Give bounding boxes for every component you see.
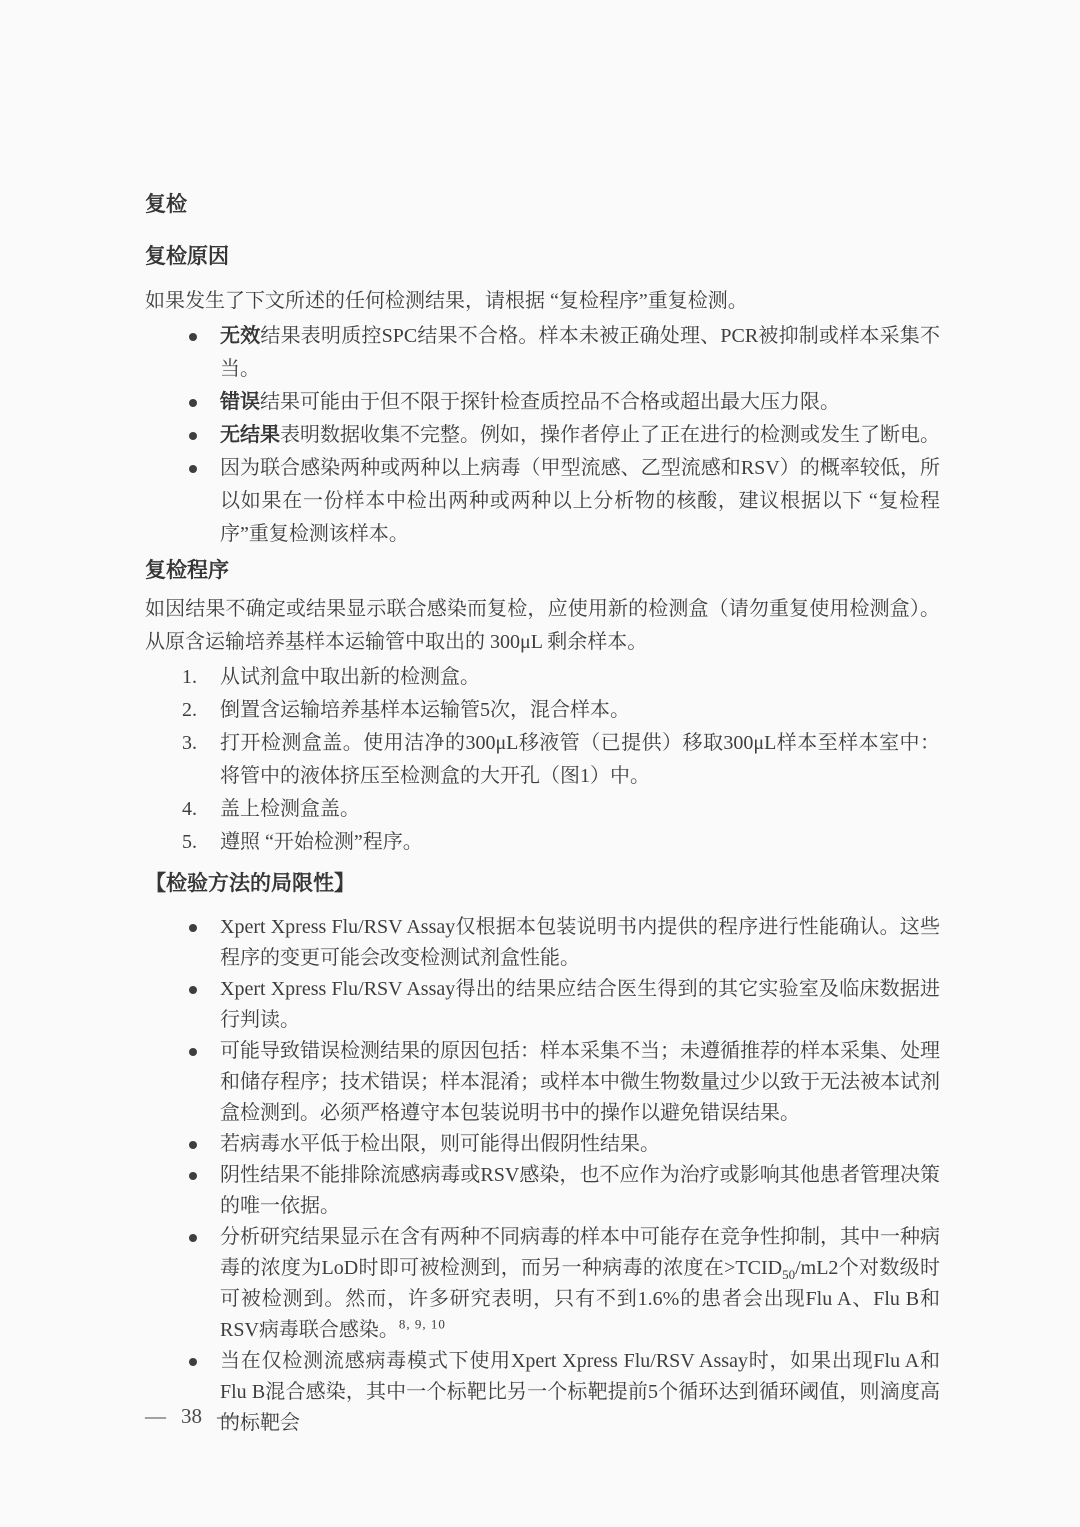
step-item: 2. 倒置含运输培养基样本运输管5次，混合样本。 bbox=[145, 694, 940, 727]
heading-limitations: 【检验方法的局限性】 bbox=[145, 867, 940, 900]
step-item: 3. 打开检测盒盖。使用洁净的300μL移液管（已提供）移取300μL样本至样本… bbox=[145, 727, 940, 793]
list-item: 分析研究结果显示在含有两种不同病毒的样本中可能存在竞争性抑制，其中一种病毒的浓度… bbox=[145, 1222, 940, 1346]
page-footer: — 38 — bbox=[145, 1400, 238, 1433]
step-number: 2. bbox=[145, 694, 220, 727]
step-text: 倒置含运输培养基样本运输管5次，混合样本。 bbox=[220, 694, 940, 727]
document-page: 复检 复检原因 如果发生了下文所述的任何检测结果，请根据 “复检程序”重复检测。… bbox=[0, 0, 1080, 1527]
list-item: 阴性结果不能排除流感病毒或RSV感染，也不应作为治疗或影响其他患者管理决策的唯一… bbox=[145, 1160, 940, 1222]
bullet-icon bbox=[145, 1160, 220, 1180]
step-number: 1. bbox=[145, 661, 220, 694]
list-item-text: 可能导致错误检测结果的原因包括：样本采集不当；未遵循推荐的样本采集、处理和储存程… bbox=[220, 1036, 940, 1129]
list-item-text: Xpert Xpress Flu/RSV Assay仅根据本包装说明书内提供的程… bbox=[220, 912, 940, 974]
bullet-icon bbox=[145, 320, 220, 341]
list-item-text: 无效结果表明质控SPC结果不合格。样本未被正确处理、PCR被抑制或样本采集不当。 bbox=[220, 320, 940, 386]
heading-retest: 复检 bbox=[145, 188, 940, 221]
list-item-text: 因为联合感染两种或两种以上病毒（甲型流感、乙型流感和RSV）的概率较低，所以如果… bbox=[220, 452, 940, 551]
bullet-icon bbox=[145, 452, 220, 473]
step-item: 4. 盖上检测盒盖。 bbox=[145, 793, 940, 826]
page-number: 38 bbox=[181, 1400, 202, 1433]
step-item: 1. 从试剂盒中取出新的检测盒。 bbox=[145, 661, 940, 694]
step-number: 5. bbox=[145, 826, 220, 859]
heading-retest-reasons: 复检原因 bbox=[145, 240, 940, 273]
heading-retest-procedure: 复检程序 bbox=[145, 554, 940, 587]
limitations-list: Xpert Xpress Flu/RSV Assay仅根据本包装说明书内提供的程… bbox=[145, 912, 940, 1439]
bullet-icon bbox=[145, 1129, 220, 1149]
list-item: 无结果表明数据收集不完整。例如，操作者停止了正在进行的检测或发生了断电。 bbox=[145, 419, 940, 452]
bullet-icon bbox=[145, 974, 220, 994]
retest-reason-list: 无效结果表明质控SPC结果不合格。样本未被正确处理、PCR被抑制或样本采集不当。… bbox=[145, 320, 940, 551]
list-item-text: 若病毒水平低于检出限，则可能得出假阴性结果。 bbox=[220, 1129, 940, 1160]
step-text: 从试剂盒中取出新的检测盒。 bbox=[220, 661, 940, 694]
list-item-text: Xpert Xpress Flu/RSV Assay得出的结果应结合医生得到的其… bbox=[220, 974, 940, 1036]
list-item: 若病毒水平低于检出限，则可能得出假阴性结果。 bbox=[145, 1129, 940, 1160]
step-text: 遵照 “开始检测”程序。 bbox=[220, 826, 940, 859]
paragraph-procedure-intro: 如因结果不确定或结果显示联合感染而复检，应使用新的检测盒（请勿重复使用检测盒）。… bbox=[145, 593, 940, 659]
step-number: 3. bbox=[145, 727, 220, 760]
list-item: Xpert Xpress Flu/RSV Assay得出的结果应结合医生得到的其… bbox=[145, 974, 940, 1036]
list-item-text: 当在仅检测流感病毒模式下使用Xpert Xpress Flu/RSV Assay… bbox=[220, 1346, 940, 1439]
paragraph-retest-intro: 如果发生了下文所述的任何检测结果，请根据 “复检程序”重复检测。 bbox=[145, 285, 940, 318]
bullet-icon bbox=[145, 912, 220, 932]
bullet-icon bbox=[145, 1036, 220, 1056]
list-item: 可能导致错误检测结果的原因包括：样本采集不当；未遵循推荐的样本采集、处理和储存程… bbox=[145, 1036, 940, 1129]
step-text: 盖上检测盒盖。 bbox=[220, 793, 940, 826]
bullet-icon bbox=[145, 1222, 220, 1242]
list-item-text: 无结果表明数据收集不完整。例如，操作者停止了正在进行的检测或发生了断电。 bbox=[220, 419, 940, 452]
step-text: 打开检测盒盖。使用洁净的300μL移液管（已提供）移取300μL样本至样本室中：… bbox=[220, 727, 940, 793]
bullet-icon bbox=[145, 1346, 220, 1366]
list-item: 因为联合感染两种或两种以上病毒（甲型流感、乙型流感和RSV）的概率较低，所以如果… bbox=[145, 452, 940, 551]
footer-dash-right: — bbox=[217, 1400, 238, 1433]
list-item-text: 分析研究结果显示在含有两种不同病毒的样本中可能存在竞争性抑制，其中一种病毒的浓度… bbox=[220, 1222, 940, 1346]
list-item: 当在仅检测流感病毒模式下使用Xpert Xpress Flu/RSV Assay… bbox=[145, 1346, 940, 1439]
procedure-step-list: 1. 从试剂盒中取出新的检测盒。 2. 倒置含运输培养基样本运输管5次，混合样本… bbox=[145, 661, 940, 859]
list-item: Xpert Xpress Flu/RSV Assay仅根据本包装说明书内提供的程… bbox=[145, 912, 940, 974]
step-number: 4. bbox=[145, 793, 220, 826]
list-item: 无效结果表明质控SPC结果不合格。样本未被正确处理、PCR被抑制或样本采集不当。 bbox=[145, 320, 940, 386]
bullet-icon bbox=[145, 419, 220, 440]
list-item-text: 阴性结果不能排除流感病毒或RSV感染，也不应作为治疗或影响其他患者管理决策的唯一… bbox=[220, 1160, 940, 1222]
list-item-text: 错误结果可能由于但不限于探针检查质控品不合格或超出最大压力限。 bbox=[220, 386, 940, 419]
list-item: 错误结果可能由于但不限于探针检查质控品不合格或超出最大压力限。 bbox=[145, 386, 940, 419]
bullet-icon bbox=[145, 386, 220, 407]
footer-dash-left: — bbox=[145, 1400, 166, 1433]
step-item: 5. 遵照 “开始检测”程序。 bbox=[145, 826, 940, 859]
